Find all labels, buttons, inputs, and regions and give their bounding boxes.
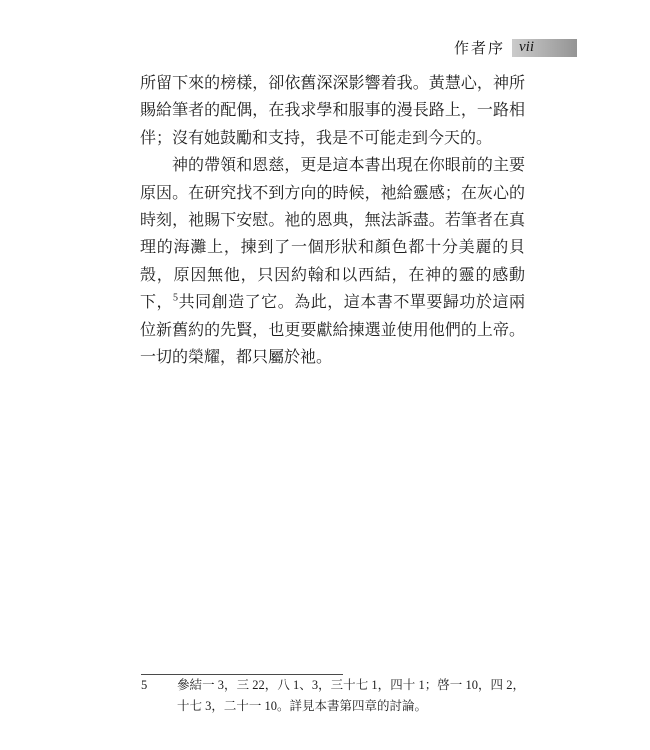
paragraph-text-after-ref: 共同創造了它。為此，這本書不單要歸功於這兩位新舊約的先賢，也更要獻給揀選並使用他… xyxy=(140,294,525,366)
footnote-marker: 5 xyxy=(141,675,147,696)
footnote: 5 參結一 3，三 22，八 1、3，三十七 1，四十 1；啓一 10，四 2，… xyxy=(141,675,525,717)
page-number: vii xyxy=(512,40,534,55)
body-text: 所留下來的榜樣，卻依舊深深影響着我。黃慧心，神所賜給筆者的配偶，在我求學和服事的… xyxy=(140,70,525,371)
paragraph: 神的帶領和恩慈，更是這本書出現在你眼前的主要原因。在研究找不到方向的時候，祂給靈… xyxy=(140,152,525,371)
paragraph-text-before-ref: 神的帶領和恩慈，更是這本書出現在你眼前的主要原因。在研究找不到方向的時候，祂給靈… xyxy=(140,157,525,311)
footnote-text: 參結一 3，三 22，八 1、3，三十七 1，四十 1；啓一 10，四 2，十七… xyxy=(177,675,525,717)
page-header: 作者序 vii xyxy=(454,37,577,58)
book-page: 作者序 vii 所留下來的榜樣，卻依舊深深影響着我。黃慧心，神所賜給筆者的配偶，… xyxy=(0,0,650,750)
section-title: 作者序 xyxy=(454,37,505,58)
paragraph-continued: 所留下來的榜樣，卻依舊深深影響着我。黃慧心，神所賜給筆者的配偶，在我求學和服事的… xyxy=(140,70,525,152)
page-number-bar: vii xyxy=(512,39,577,57)
